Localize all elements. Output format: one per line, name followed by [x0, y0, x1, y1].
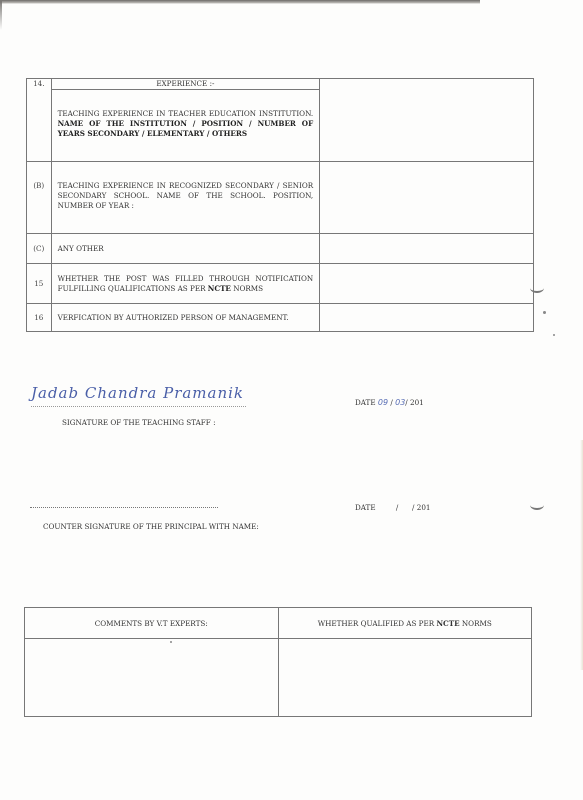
vt-experts-comment-cell[interactable]: [25, 639, 279, 717]
row-description: TEACHING EXPERIENCE IN RECOGNIZED SECOND…: [51, 162, 320, 234]
row-number: (B): [27, 162, 52, 234]
scan-shadow-top: [0, 0, 480, 4]
row-description: WHETHER THE POST WAS FILLED THROUGH NOTI…: [51, 264, 320, 304]
date-day: 09: [378, 398, 388, 407]
vt-experts-header: COMMENTS BY V.T EXPERTS:: [25, 608, 279, 639]
experience-table: 14. EXPERIENCE :- TEACHING EXPERIENCE IN…: [26, 78, 534, 332]
row-description: ANY OTHER: [51, 234, 320, 264]
table-row: (C) ANY OTHER: [27, 234, 534, 264]
punch-hole-mark: [530, 500, 544, 510]
staff-signature-handwriting: Jadab Chandra Pramanik: [31, 384, 246, 407]
row-a-text: TEACHING EXPERIENCE IN TEACHER EDUCATION…: [58, 109, 314, 118]
principal-date-field[interactable]: DATE / / 201: [355, 503, 430, 512]
row-description: VERFICATION BY AUTHORIZED PERSON OF MANA…: [51, 304, 320, 332]
principal-signature-line[interactable]: [30, 507, 218, 508]
ncte-qualified-header: WHETHER QUALIFIED AS PER NCTE NORMS: [278, 608, 532, 639]
scan-shadow-left: [0, 0, 2, 30]
row-number: (C): [27, 234, 52, 264]
table-row: (B) TEACHING EXPERIENCE IN RECOGNIZED SE…: [27, 162, 534, 234]
answer-cell-a[interactable]: [320, 79, 534, 162]
experience-title: EXPERIENCE :-: [51, 79, 320, 90]
table-row: 16 VERFICATION BY AUTHORIZED PERSON OF M…: [27, 304, 534, 332]
answer-cell-15[interactable]: [320, 264, 534, 304]
date-label: DATE: [355, 503, 376, 512]
staff-date-field[interactable]: DATE 09 / 03/ 201: [355, 398, 424, 407]
answer-cell-b[interactable]: [320, 162, 534, 234]
date-year: 201: [410, 398, 424, 407]
row-number: 15: [27, 264, 52, 304]
date-template: / / 201: [396, 503, 431, 512]
principal-signature-label: COUNTER SIGNATURE OF THE PRINCIPAL WITH …: [43, 522, 259, 531]
row-description: TEACHING EXPERIENCE IN TEACHER EDUCATION…: [51, 90, 320, 162]
date-month: 03: [395, 398, 405, 407]
row-number: 14.: [27, 79, 52, 162]
comments-header-row: COMMENTS BY V.T EXPERTS: WHETHER QUALIFI…: [25, 608, 532, 639]
date-label: DATE: [355, 398, 376, 407]
comments-table: COMMENTS BY V.T EXPERTS: WHETHER QUALIFI…: [24, 607, 532, 717]
experience-header-row: 14. EXPERIENCE :-: [27, 79, 534, 90]
ncte-qualified-cell[interactable]: [278, 639, 532, 717]
row-a-text-bold: NAME OF THE INSTITUTION / POSITION / NUM…: [58, 119, 314, 138]
table-row: 15 WHETHER THE POST WAS FILLED THROUGH N…: [27, 264, 534, 304]
staff-signature-label: SIGNATURE OF THE TEACHING STAFF :: [62, 418, 216, 427]
comments-body-row: [25, 639, 532, 717]
answer-cell-c[interactable]: [320, 234, 534, 264]
row-number: 16: [27, 304, 52, 332]
answer-cell-16[interactable]: [320, 304, 534, 332]
scan-speck: [553, 334, 555, 336]
scan-speck: [543, 311, 546, 314]
